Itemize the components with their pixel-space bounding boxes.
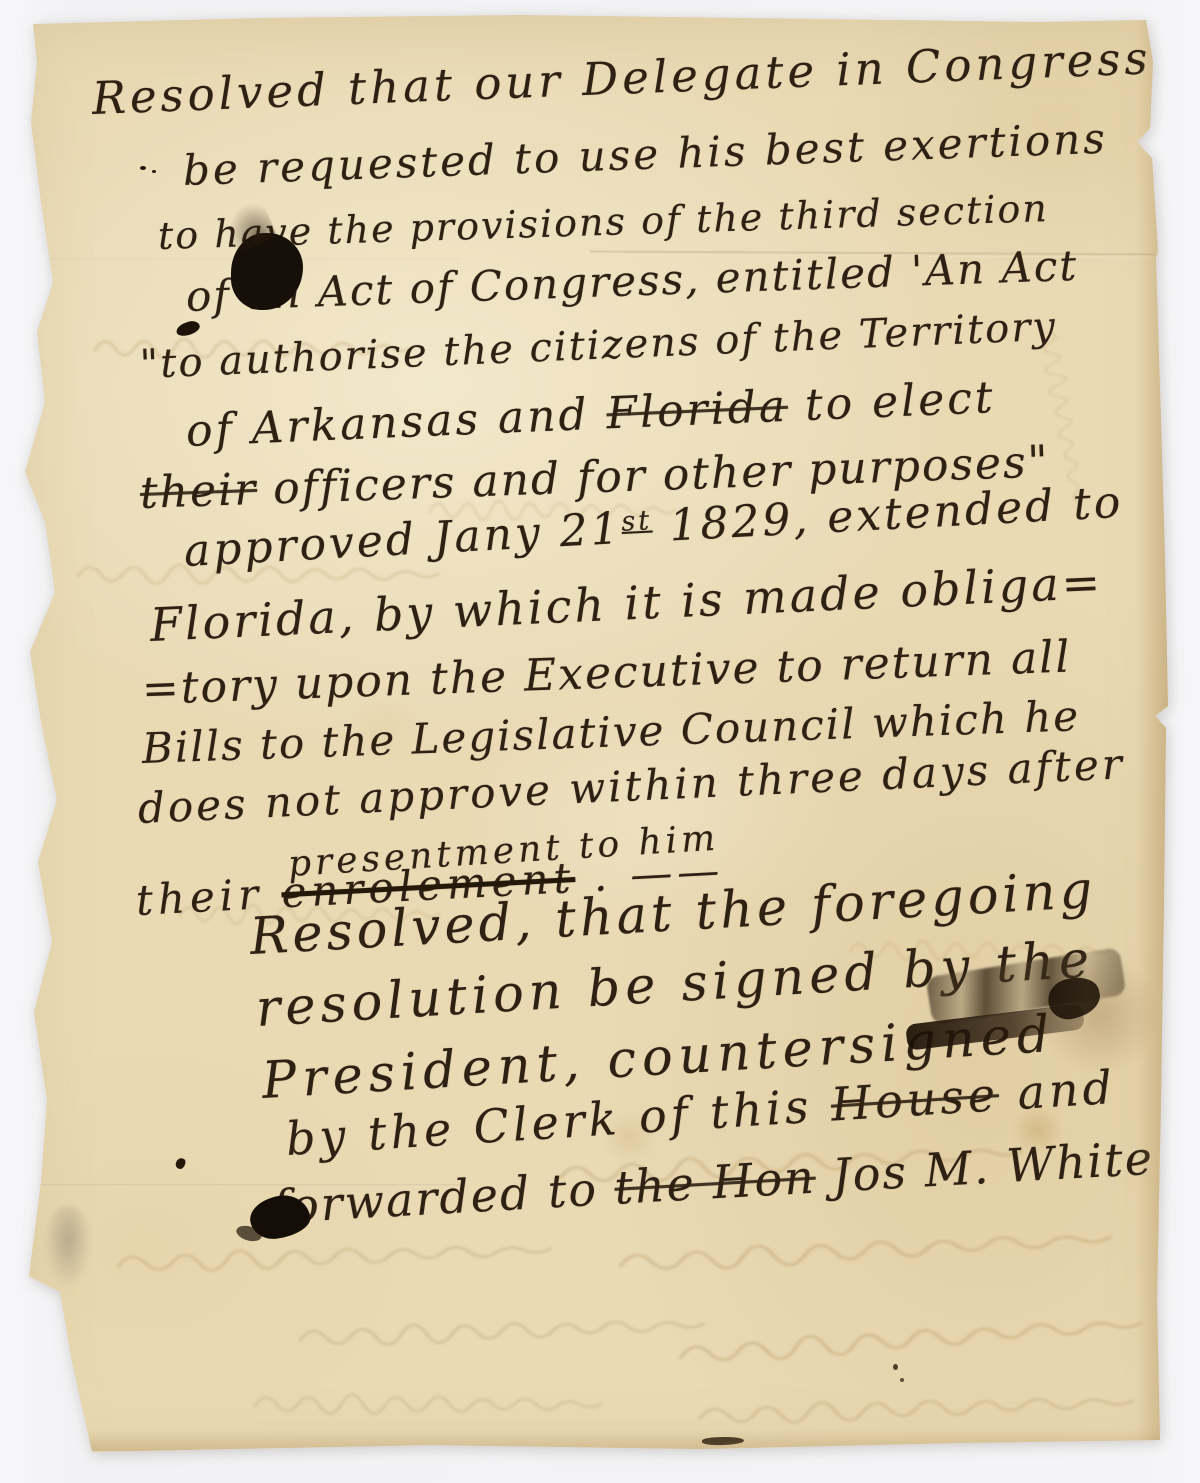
paper-edge-shading xyxy=(60,1429,1160,1451)
gray-smudge xyxy=(44,1206,92,1290)
paper-shadow: Resolved that our Delegate in Congressbe… xyxy=(0,0,1200,1483)
ink-speck xyxy=(893,1364,898,1370)
scanned-document: Resolved that our Delegate in Congressbe… xyxy=(0,0,1200,1483)
manuscript-paper: Resolved that our Delegate in Congressbe… xyxy=(0,0,1200,1483)
ink-speck xyxy=(152,170,156,173)
ink-speck xyxy=(140,166,146,170)
ink-speck xyxy=(900,1378,904,1382)
paper-edge-shading xyxy=(1136,20,1170,1445)
